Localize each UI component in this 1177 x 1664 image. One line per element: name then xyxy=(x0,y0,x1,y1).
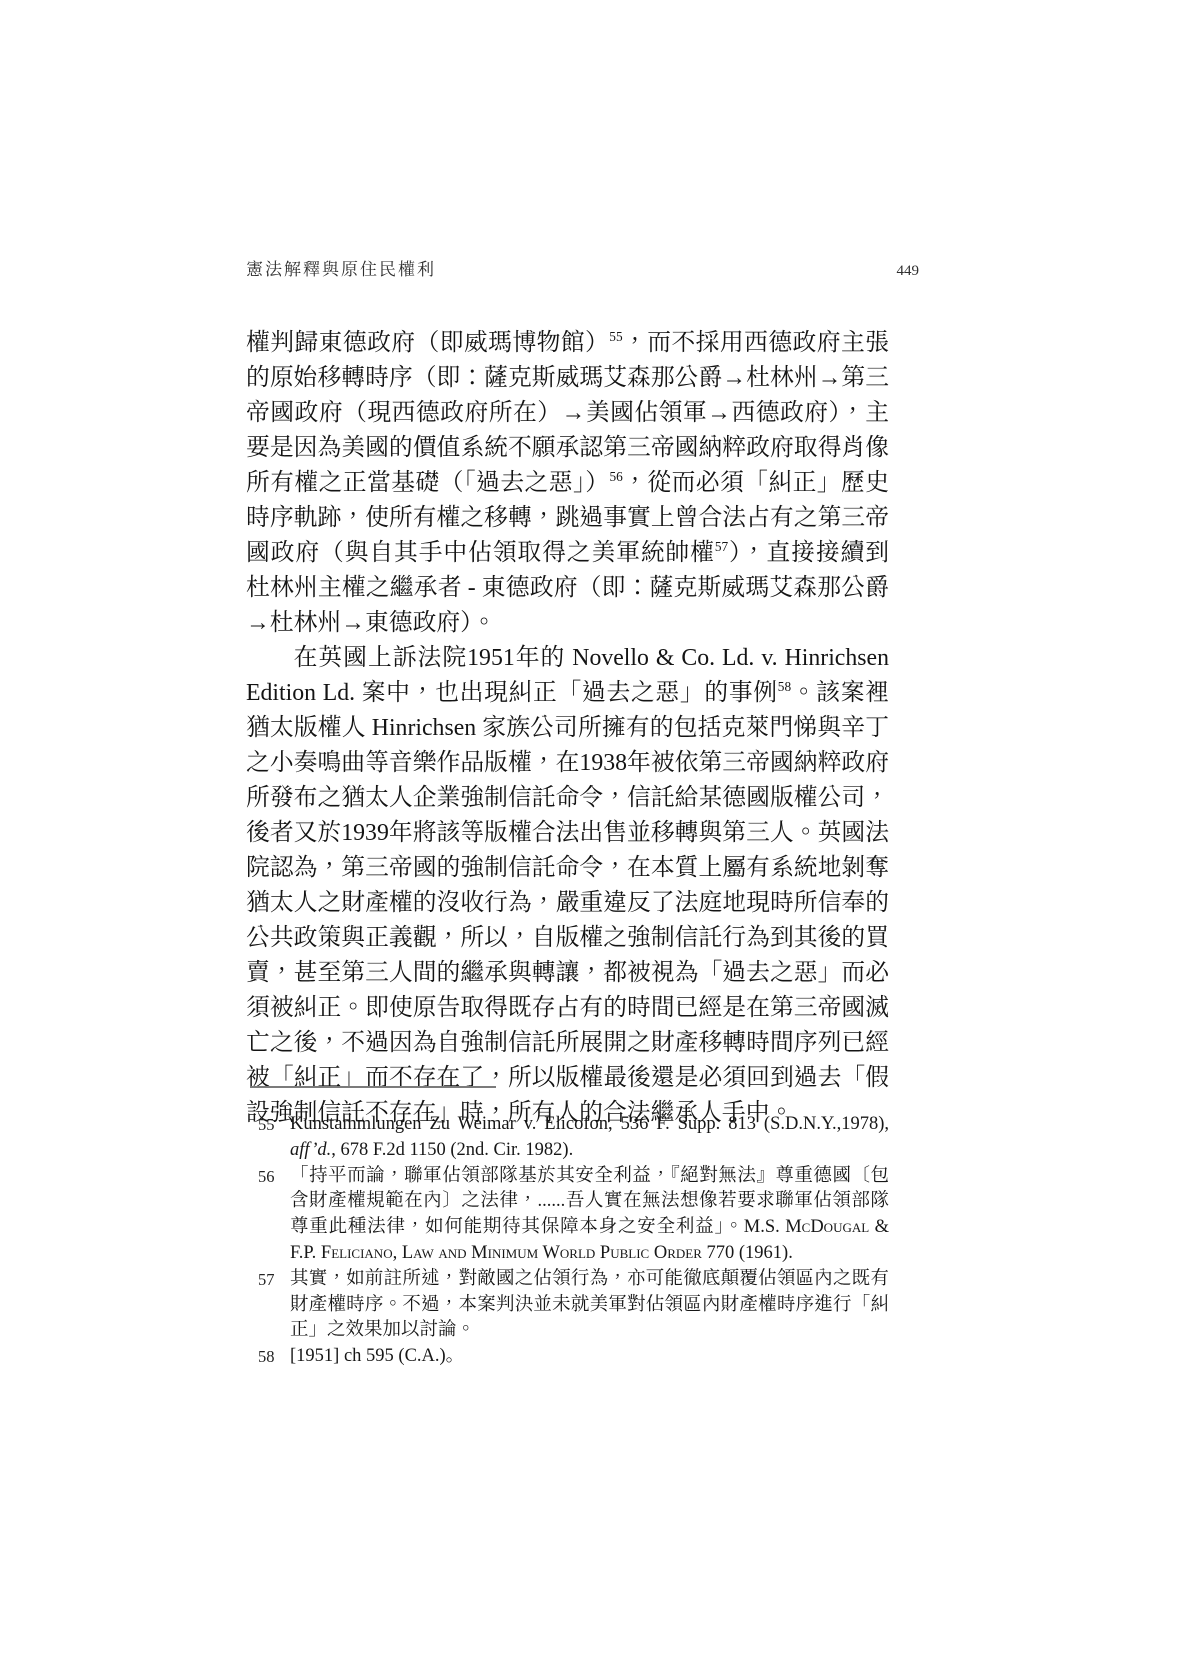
text-segment: Kunstammlungen Zu Weimar v. Elicofon, 53… xyxy=(290,1114,889,1134)
footnote-text: [1951] ch 595 (C.A.)。 xyxy=(290,1344,889,1370)
footnotes-section: 55Kunstammlungen Zu Weimar v. Elicofon, … xyxy=(246,1086,889,1370)
footnote-number: 58 xyxy=(246,1344,290,1370)
footnote-separator xyxy=(250,1086,496,1088)
footnote-ref: 55 xyxy=(609,329,622,344)
text-segment: [1951] ch 595 (C.A.)。 xyxy=(290,1346,464,1366)
footnote-text: 「持平而論，聯軍佔領部隊基於其安全利益，『絕對無法』尊重德國〔包含財產權規範在內… xyxy=(290,1164,889,1267)
page-number: 449 xyxy=(897,263,920,280)
footnote-ref: 56 xyxy=(609,469,622,484)
body-text: 權判歸東德政府（即威瑪博物館）55，而不採用西德政府主張的原始移轉時序（即：薩克… xyxy=(246,326,889,1131)
running-header: 憲法解釋與原住民權利 449 xyxy=(246,255,919,280)
footnote-text: Kunstammlungen Zu Weimar v. Elicofon, 53… xyxy=(290,1112,889,1164)
footnote-item: 57其實，如前註所述，對敵國之佔領行為，亦可能徹底顛覆佔領區內之既有財產權時序。… xyxy=(246,1267,889,1344)
text-segment: 。該案裡猶太版權人 Hinrichsen 家族公司所擁有的包括克萊門悌與辛丁之小… xyxy=(246,680,889,1126)
footnote-ref: 58 xyxy=(778,679,791,694)
footnote-item: 56「持平而論，聯軍佔領部隊基於其安全利益，『絕對無法』尊重德國〔包含財產權規範… xyxy=(246,1164,889,1267)
text-segment: , 678 F.2d 1150 (2nd. Cir. 1982). xyxy=(331,1140,573,1160)
text-segment: 權判歸東德政府（即威瑪博物館） xyxy=(246,330,609,356)
footnote-item: 58[1951] ch 595 (C.A.)。 xyxy=(246,1344,889,1370)
footnote-number: 55 xyxy=(246,1112,290,1164)
body-paragraph: 權判歸東德政府（即威瑪博物館）55，而不採用西德政府主張的原始移轉時序（即：薩克… xyxy=(246,326,889,641)
text-segment: aff’d. xyxy=(290,1140,331,1160)
body-paragraph: 在英國上訴法院1951年的 Novello & Co. Ld. v. Hinri… xyxy=(246,641,889,1131)
footnote-ref: 57 xyxy=(715,539,728,554)
footnotes-list: 55Kunstammlungen Zu Weimar v. Elicofon, … xyxy=(246,1112,889,1370)
footnote-item: 55Kunstammlungen Zu Weimar v. Elicofon, … xyxy=(246,1112,889,1164)
text-segment: 其實，如前註所述，對敵國之佔領行為，亦可能徹底顛覆佔領區內之既有財產權時序。不過… xyxy=(290,1269,889,1341)
text-segment: 770 (1961). xyxy=(702,1243,793,1263)
header-title: 憲法解釋與原住民權利 xyxy=(246,255,436,280)
footnote-number: 56 xyxy=(246,1164,290,1267)
footnote-number: 57 xyxy=(246,1267,290,1344)
footnote-text: 其實，如前註所述，對敵國之佔領行為，亦可能徹底顛覆佔領區內之既有財產權時序。不過… xyxy=(290,1267,889,1344)
page-container: 憲法解釋與原住民權利 449 權判歸東德政府（即威瑪博物館）55，而不採用西德政… xyxy=(0,0,1177,1664)
